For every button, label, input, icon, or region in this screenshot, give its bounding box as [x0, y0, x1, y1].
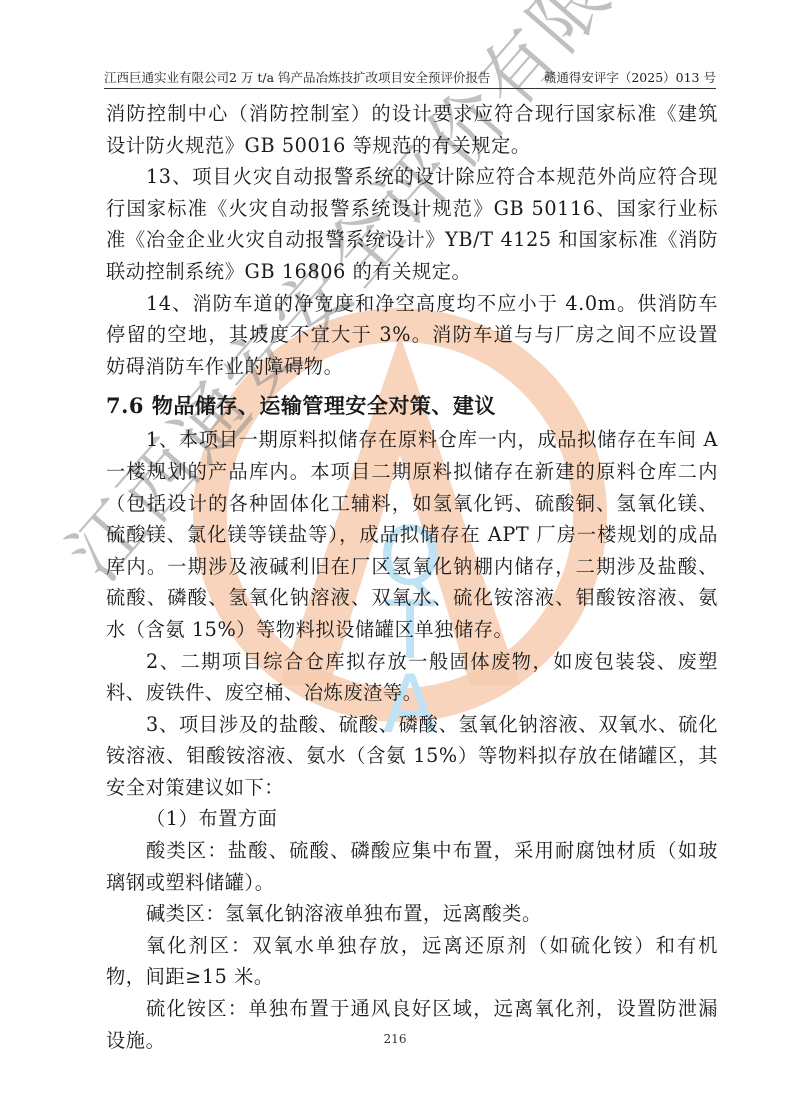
- page-number: 216: [0, 1032, 790, 1046]
- paragraph-item-14: 14、消防车道的净宽度和净空高度均不应小于 4.0m。供消防车停留的空地，其坡度…: [106, 288, 718, 383]
- page-header: 江西巨通实业有限公司2 万 t/a 钨产品冶炼技扩改项目安全预评价报告 赣通得安…: [104, 68, 716, 86]
- header-report-title: 江西巨通实业有限公司2 万 t/a 钨产品冶炼技扩改项目安全预评价报告: [104, 68, 491, 86]
- header-divider: [104, 88, 716, 89]
- section-heading-7-6: 7.6 物品储存、运输管理安全对策、建议: [106, 390, 718, 422]
- subheading-layout: （1）布置方面: [106, 803, 718, 835]
- paragraph-item-13: 13、项目火灾自动报警系统的设计除应符合本规范外尚应符合现行国家标准《火灾自动报…: [106, 161, 718, 287]
- document-page: Q T A 江西通安安全评价有限公司 江西巨通实业有限公司2 万 t/a 钨产品…: [0, 0, 790, 1117]
- paragraph-ammonium-sulfide-zone: 硫化铵区：单独布置于通风良好区域，远离氧化剂，设置防泄漏设施。: [106, 993, 718, 1056]
- paragraph-storage-2: 2、二期项目综合仓库拟存放一般固体废物，如废包装袋、废塑料、废铁件、废空桶、冶炼…: [106, 646, 718, 709]
- paragraph-storage-3: 3、项目涉及的盐酸、硫酸、磷酸、氢氧化钠溶液、双氧水、硫化铵溶液、钼酸铵溶液、氨…: [106, 709, 718, 804]
- header-report-number: 赣通得安评字（2025）013 号: [544, 68, 716, 86]
- page-body: 消防控制中心（消防控制室）的设计要求应符合现行国家标准《建筑设计防火规范》GB …: [106, 98, 718, 1056]
- paragraph-fire-control-center: 消防控制中心（消防控制室）的设计要求应符合现行国家标准《建筑设计防火规范》GB …: [106, 98, 718, 161]
- paragraph-storage-1: 1、本项目一期原料拟储存在原料仓库一内，成品拟储存在车间 A 一楼规划的产品库内…: [106, 424, 718, 645]
- paragraph-alkali-zone: 碱类区：氢氧化钠溶液单独布置，远离酸类。: [106, 898, 718, 930]
- paragraph-acid-zone: 酸类区：盐酸、硫酸、磷酸应集中布置，采用耐腐蚀材质（如玻璃钢或塑料储罐）。: [106, 835, 718, 898]
- paragraph-oxidizer-zone: 氧化剂区：双氧水单独存放，远离还原剂（如硫化铵）和有机物，间距≥15 米。: [106, 930, 718, 993]
